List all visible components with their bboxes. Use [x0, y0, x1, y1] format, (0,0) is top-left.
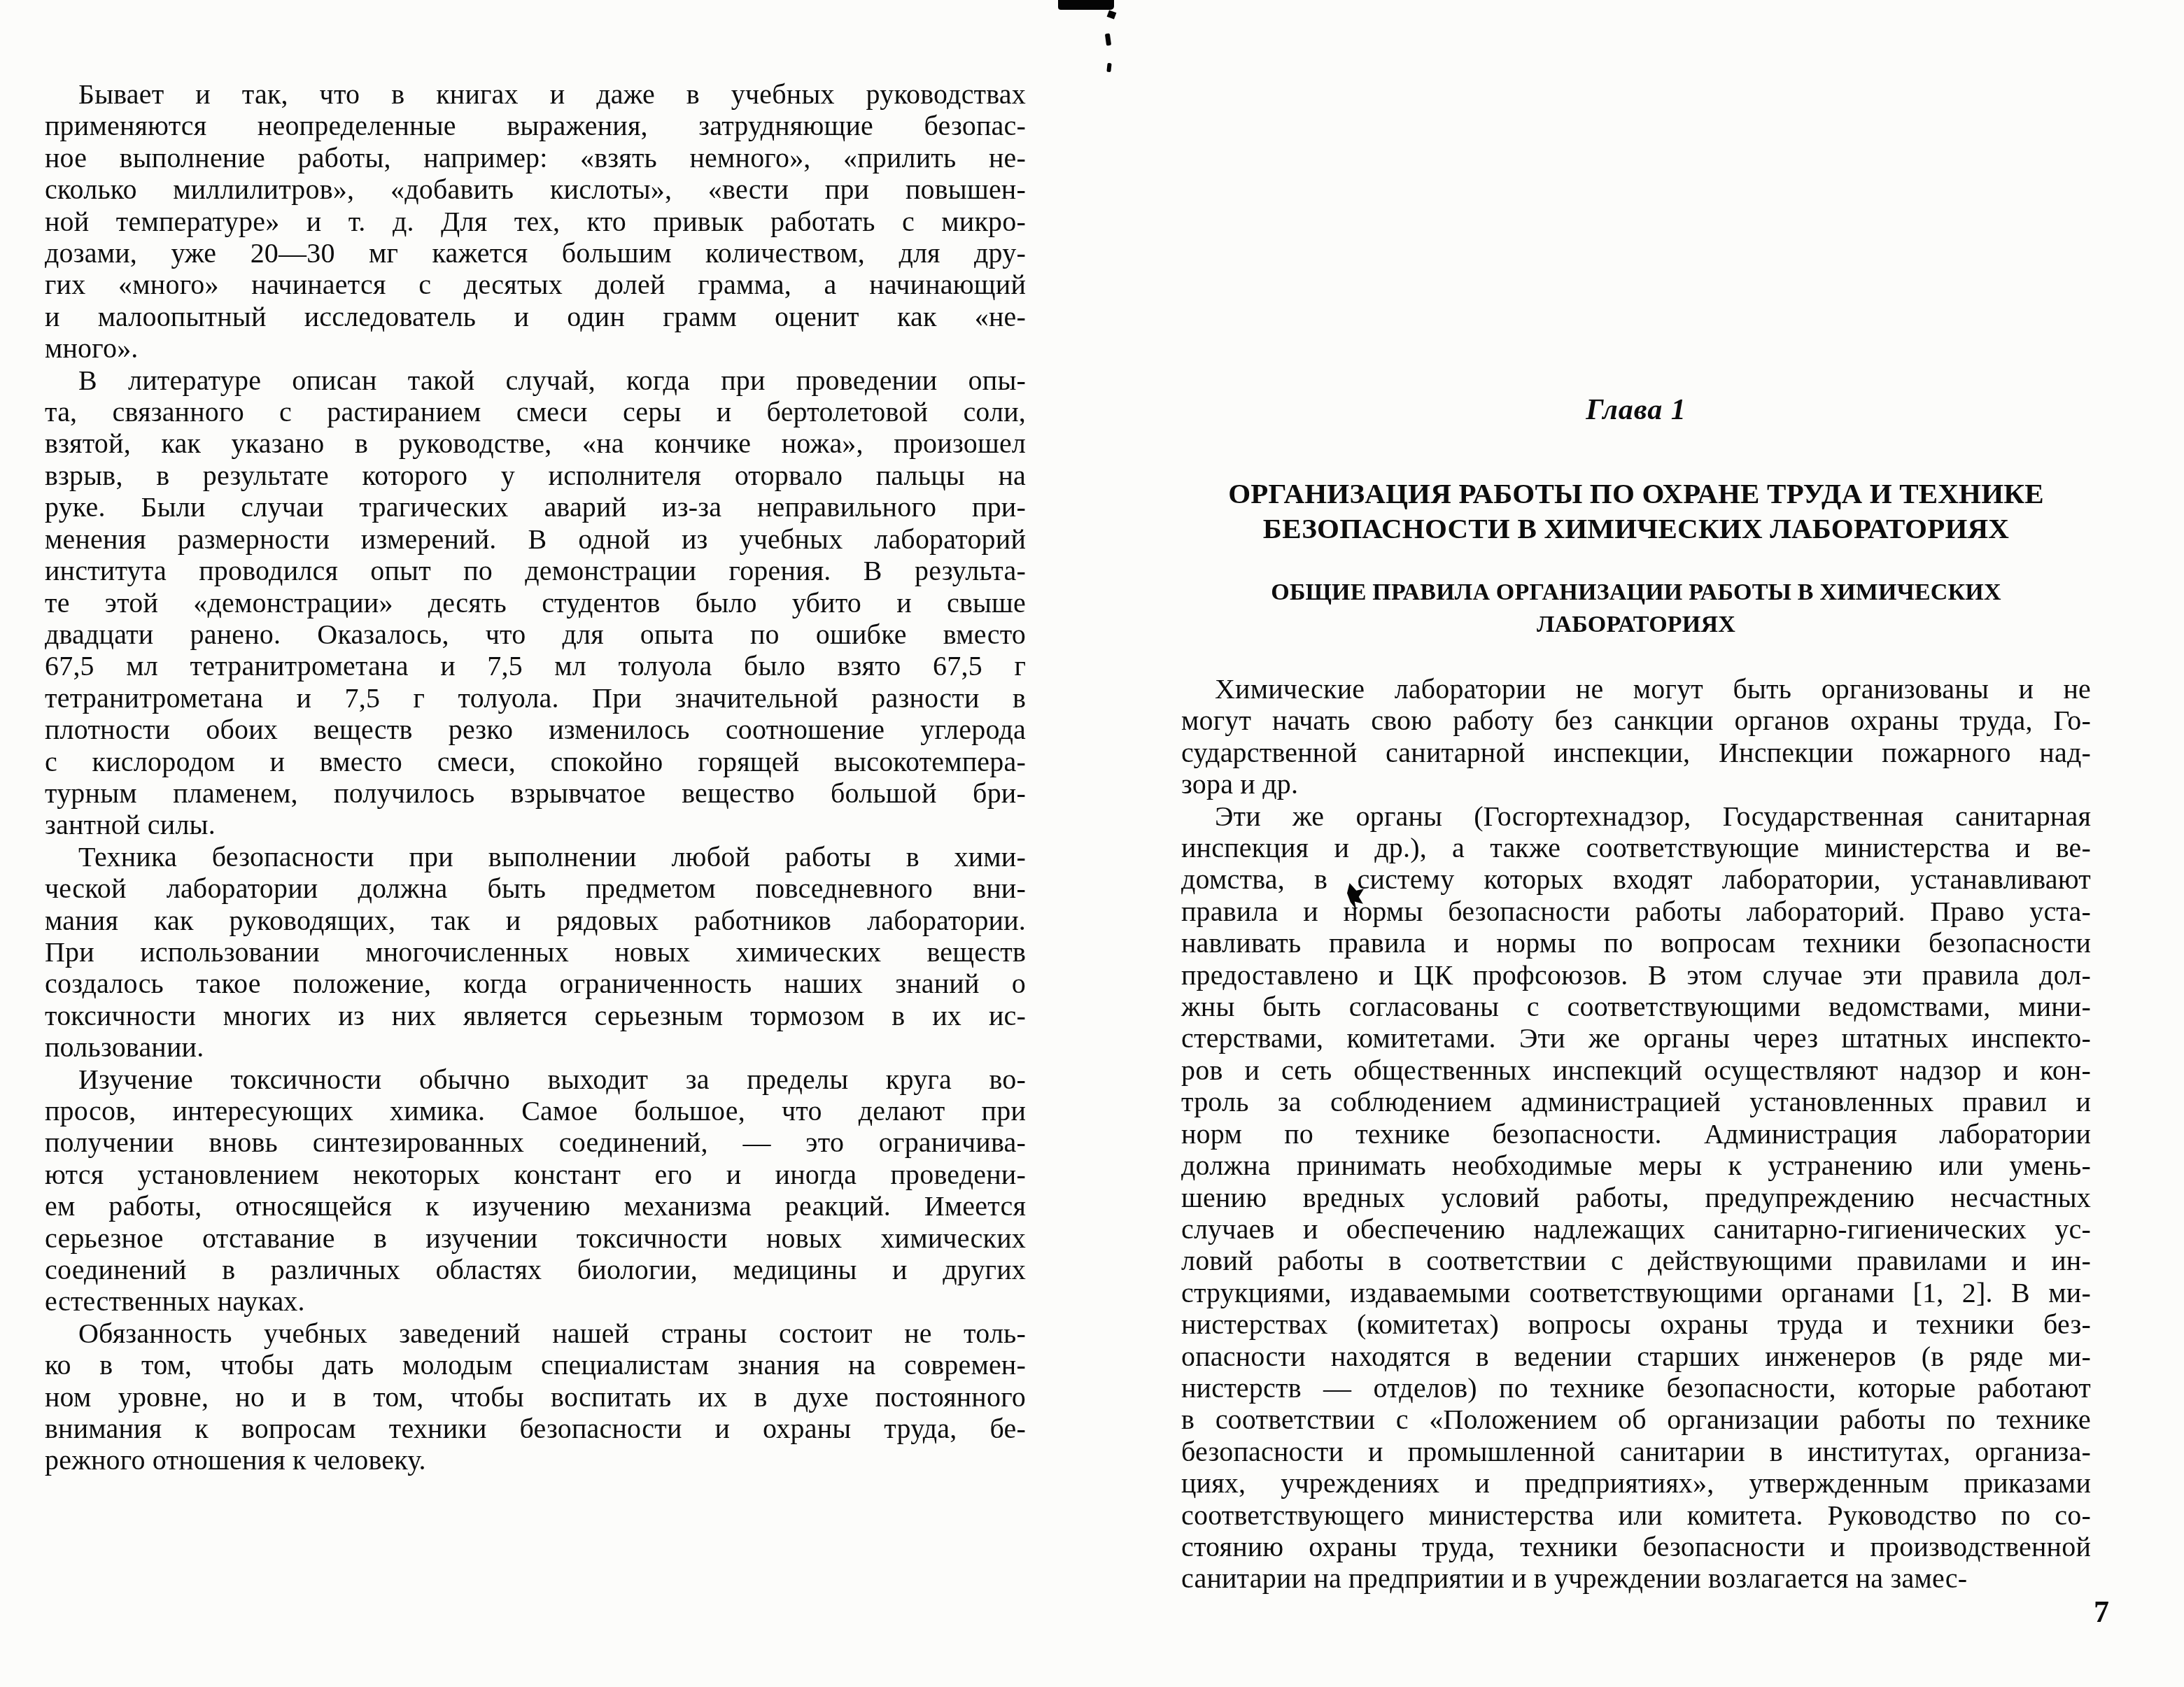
text-line: ем работы, относящейся к изучению механи…	[45, 1190, 1026, 1222]
chapter-title: ОРГАНИЗАЦИЯ РАБОТЫ ПО ОХРАНЕ ТРУДА И ТЕХ…	[1181, 476, 2091, 546]
text-line: шению вредных условий работы, предупрежд…	[1181, 1182, 2091, 1213]
text-line: и малоопытный исследователь и один грамм…	[45, 301, 1026, 332]
text-line: ловий работы в соответствии с действующи…	[1181, 1245, 2091, 1276]
text-line: создалось такое положение, когда огранич…	[45, 968, 1026, 999]
text-line: соответствующего министерства или комите…	[1181, 1499, 2091, 1531]
text-line: естественных науках.	[45, 1285, 1026, 1317]
gutter-ink-blob-artifact	[1058, 0, 1114, 10]
left-page-text-column: Бывает и так, что в книгах и даже в учеб…	[45, 78, 1026, 1476]
text-line: стоянию охраны труда, техники безопаснос…	[1181, 1531, 2091, 1562]
text-line: стерствами, комитетами. Эти же органы че…	[1181, 1022, 2091, 1054]
text-line: предоставлено и ЦК профсоюзов. В этом сл…	[1181, 959, 2091, 991]
text-line: Бывает и так, что в книгах и даже в учеб…	[45, 78, 1026, 110]
text-line: При использовании многочисленных новых х…	[45, 936, 1026, 968]
paragraph: Эти же органы (Госгортехнадзор, Государс…	[1181, 800, 2091, 1595]
text-line: сколько миллилитров», «добавить кислоты»…	[45, 174, 1026, 205]
text-line: Химические лаборатории не могут быть орг…	[1181, 673, 2091, 705]
text-line: санитарии на предприятии и в учреждении …	[1181, 1562, 2091, 1594]
page-number: 7	[2094, 1594, 2109, 1630]
paragraph: В литературе описан такой случай, когда …	[45, 365, 1026, 841]
book-scan-page: Бывает и так, что в книгах и даже в учеб…	[0, 0, 2184, 1687]
text-line: Техника безопасности при выполнении любо…	[45, 841, 1026, 873]
text-line: ЛАБОРАТОРИЯХ	[1181, 609, 2091, 641]
paragraph: Обязанность учебных заведений нашей стра…	[45, 1318, 1026, 1476]
text-line: с кислородом и вместо смеси, спокойно го…	[45, 746, 1026, 777]
text-line: менения размерности измерений. В одной и…	[45, 523, 1026, 555]
text-line: могут начать свою работу без санкции орг…	[1181, 705, 2091, 736]
text-line: двадцати ранено. Оказалось, что для опыт…	[45, 619, 1026, 650]
text-line: просов, интересующих химика. Самое больш…	[45, 1095, 1026, 1127]
text-line: Обязанность учебных заведений нашей стра…	[45, 1318, 1026, 1349]
text-line: дозами, уже 20—30 мг кажется большим кол…	[45, 237, 1026, 269]
paragraph: Изучение токсичности обычно выходит за п…	[45, 1064, 1026, 1318]
text-line: Изучение токсичности обычно выходит за п…	[45, 1064, 1026, 1095]
text-line: ной температуре» и т. д. Для тех, кто пр…	[45, 206, 1026, 237]
text-line: много».	[45, 332, 1026, 364]
text-line: жны быть согласованы с соответствующими …	[1181, 991, 2091, 1022]
text-line: соединений в различных областях биологии…	[45, 1254, 1026, 1285]
ink-speck-artifact	[1106, 63, 1111, 73]
section-title: ОБЩИЕ ПРАВИЛА ОРГАНИЗАЦИИ РАБОТЫ В ХИМИЧ…	[1181, 577, 2091, 641]
right-page-text-column: Химические лаборатории не могут быть орг…	[1181, 673, 2091, 1595]
text-line: струкциями, издаваемыми соответствующими…	[1181, 1277, 2091, 1308]
ink-speck-artifact	[1107, 10, 1117, 19]
text-line: домства, в систему которых входят лабора…	[1181, 863, 2091, 895]
text-line: БЕЗОПАСНОСТИ В ХИМИЧЕСКИХ ЛАБОРАТОРИЯХ	[1181, 511, 2091, 546]
text-line: взрыв, в результате которого у исполните…	[45, 460, 1026, 491]
text-line: троль за соблюдением администрацией уста…	[1181, 1086, 2091, 1117]
text-line: плотности обоих веществ резко изменилось…	[45, 714, 1026, 745]
text-line: ческой лаборатории должна быть предметом…	[45, 873, 1026, 904]
text-line: случаев и обеспечению надлежащих санитар…	[1181, 1213, 2091, 1245]
text-line: инспекция и др.), а также соответствующи…	[1181, 832, 2091, 863]
text-line: правила и нормы безопасности работы лабо…	[1181, 896, 2091, 927]
text-line: применяются неопределенные выражения, за…	[45, 110, 1026, 141]
text-line: мания как руководящих, так и рядовых раб…	[45, 905, 1026, 936]
text-line: В литературе описан такой случай, когда …	[45, 365, 1026, 396]
text-line: нистерств — отделов) по технике безопасн…	[1181, 1372, 2091, 1404]
text-line: ко в том, чтобы дать молодым специалиста…	[45, 1349, 1026, 1381]
ink-speck-artifact	[1105, 34, 1111, 46]
text-line: ются установлением некоторых констант ег…	[45, 1159, 1026, 1190]
chapter-label: Глава 1	[1181, 393, 2091, 427]
text-line: норм по технике безопасности. Администра…	[1181, 1118, 2091, 1150]
text-line: ное выполнение работы, например: «взять …	[45, 142, 1026, 174]
text-line: опасности находятся в ведении старших ин…	[1181, 1341, 2091, 1372]
text-line: циях, учреждениях и предприятиях», утвер…	[1181, 1467, 2091, 1499]
text-line: Эти же органы (Госгортехнадзор, Государс…	[1181, 800, 2091, 832]
text-line: получении вновь синтезированных соединен…	[45, 1127, 1026, 1158]
paragraph: Бывает и так, что в книгах и даже в учеб…	[45, 78, 1026, 365]
text-line: внимания к вопросам техники безопасности…	[45, 1413, 1026, 1444]
text-line: в соответствии с «Положением об организа…	[1181, 1404, 2091, 1435]
text-line: турным пламенем, получилось взрывчатое в…	[45, 777, 1026, 809]
text-line: ОРГАНИЗАЦИЯ РАБОТЫ ПО ОХРАНЕ ТРУДА И ТЕХ…	[1181, 476, 2091, 511]
text-line: тетранитрометана и 7,5 г толуола. При зн…	[45, 682, 1026, 714]
text-line: взятой, как указано в руководстве, «на к…	[45, 428, 1026, 459]
text-line: сударственной санитарной инспекции, Инсп…	[1181, 737, 2091, 768]
text-line: института проводился опыт по демонстраци…	[45, 555, 1026, 586]
text-line: та, связанного с растиранием смеси серы …	[45, 396, 1026, 428]
text-line: гих «много» начинается с десятых долей г…	[45, 269, 1026, 300]
text-line: ров и сеть общественных инспекций осущес…	[1181, 1054, 2091, 1086]
text-line: руке. Были случаи трагических аварий из-…	[45, 491, 1026, 523]
text-line: нистерствах (комитетах) вопросы охраны т…	[1181, 1308, 2091, 1340]
text-line: должна принимать необходимые меры к устр…	[1181, 1150, 2091, 1181]
text-line: зора и др.	[1181, 768, 2091, 800]
text-line: серьезное отставание в изучении токсично…	[45, 1222, 1026, 1254]
text-line: зантной силы.	[45, 809, 1026, 840]
paragraph: Химические лаборатории не могут быть орг…	[1181, 673, 2091, 800]
text-line: те этой «демонстрации» десять студентов …	[45, 587, 1026, 619]
text-line: 67,5 мл тетранитрометана и 7,5 мл толуол…	[45, 650, 1026, 682]
paragraph: Техника безопасности при выполнении любо…	[45, 841, 1026, 1064]
text-line: навливать правила и нормы по вопросам те…	[1181, 927, 2091, 959]
text-line: безопасности и промышленной санитарии в …	[1181, 1436, 2091, 1467]
text-line: ном уровне, но и в том, чтобы воспитать …	[45, 1381, 1026, 1413]
text-line: режного отношения к человеку.	[45, 1444, 1026, 1476]
text-line: токсичности многих из них является серье…	[45, 1000, 1026, 1031]
text-line: ОБЩИЕ ПРАВИЛА ОРГАНИЗАЦИИ РАБОТЫ В ХИМИЧ…	[1181, 577, 2091, 609]
text-line: пользовании.	[45, 1031, 1026, 1063]
